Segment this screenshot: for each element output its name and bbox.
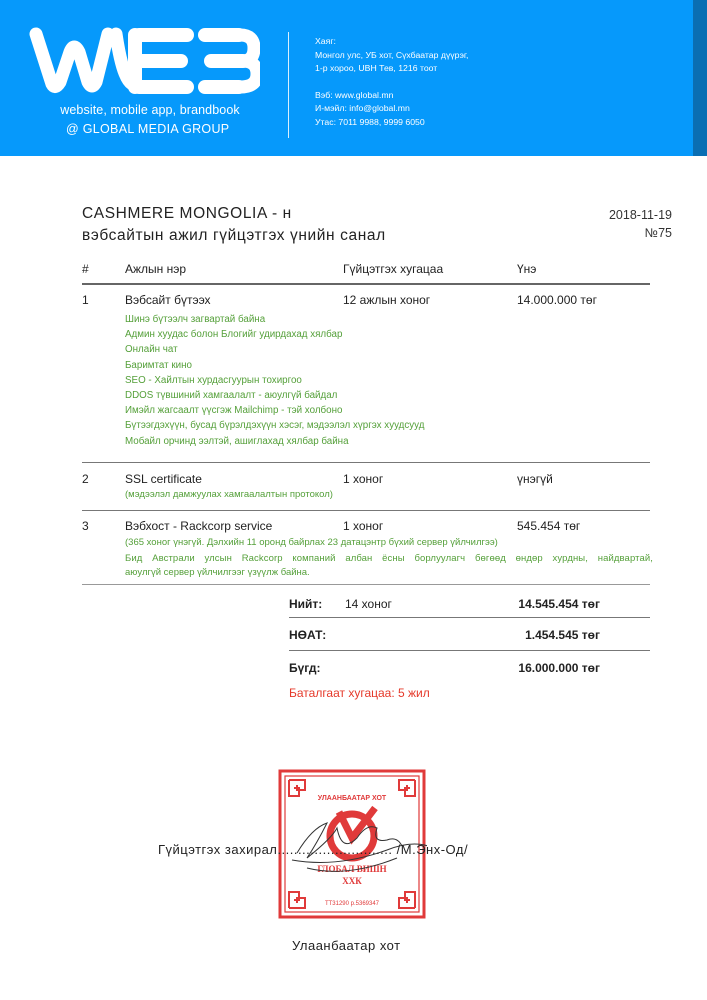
total-value: 16.000.000 төг: [460, 661, 600, 675]
detail-item: Баримтат кино: [125, 358, 424, 373]
totals-divider: [289, 617, 650, 618]
svg-text:ТТ31290 р.5369347: ТТ31290 р.5369347: [325, 901, 380, 907]
subtotal-value: 14.545.454 төг: [460, 597, 600, 611]
header-rule: [82, 283, 650, 285]
website-link[interactable]: Вэб: www.global.mn: [315, 89, 468, 103]
detail-item: DDOS түвшиний хамгаалалт - аюулгүй байда…: [125, 388, 424, 403]
header-stripe: [693, 0, 707, 156]
row-details: аюулгүй сервер үйлчилгээг үзүүлж байна.: [125, 566, 310, 580]
detail-item: SEO - Хайлтын хурдасгуурын тохиргоо: [125, 373, 424, 388]
warranty-note: Баталгаат хугацаа: 5 жил: [289, 686, 430, 700]
svg-text:ХХК: ХХК: [342, 876, 362, 886]
signature-line: Гүйцэтгэх захирал.......................…: [158, 842, 468, 857]
subtotal-duration: 14 хоног: [345, 597, 392, 611]
vat-label: НӨАТ:: [289, 628, 326, 642]
detail-item: Онлайн чат: [125, 342, 424, 357]
row-price: 545.454 төг: [517, 519, 580, 533]
signature-dots: ............................: [277, 842, 392, 857]
row-details: (мэдээлэл дамжуулах хамгаалалтын протоко…: [125, 487, 333, 502]
brand-name: @ GLOBAL MEDIA GROUP: [66, 122, 246, 136]
vat-value: 1.454.545 төг: [460, 628, 600, 642]
signer-name: /М.Энх-Од/: [397, 842, 468, 857]
email-link[interactable]: И-мэйл: info@global.mn: [315, 102, 468, 116]
city-footer: Улаанбаатар хот: [292, 938, 401, 953]
title-line-2: вэбсайтын ажил гүйцэтгэх үнийн санал: [82, 225, 386, 247]
totals-divider: [289, 650, 650, 651]
header-banner: website, mobile app, brandbook @ GLOBAL …: [0, 0, 707, 156]
address-line-2: 1-р хороо, UBH Тев, 1216 тоот: [315, 62, 468, 76]
detail-item: Мобайл орчинд ээлтэй, ашиглахад хялбар б…: [125, 434, 424, 449]
row-work-name: Вэбхост - Rackcorp service: [125, 519, 272, 533]
column-header-duration: Гүйцэтгэх хугацаа: [343, 262, 443, 276]
row-details: Бид Австрали улсын Rackcorp компаний алб…: [125, 552, 653, 566]
row-price: үнэгүй: [517, 472, 553, 486]
row-number: 3: [82, 519, 89, 533]
row-price: 14.000.000 төг: [517, 293, 597, 307]
detail-item: Имэйл жагсаалт үүсгэж Mailchimp - тэй хо…: [125, 403, 424, 418]
subtotal-label: Нийт:: [289, 597, 322, 611]
detail-item: Бүтээгдэхүүн, бусад бүрэлдэхүүн хэсэг, м…: [125, 418, 424, 433]
title-line-1: CASHMERE MONGOLIA - н: [82, 203, 386, 225]
document-date: 2018-11-19: [609, 206, 672, 224]
header-divider: [288, 32, 289, 138]
row-divider: [82, 584, 650, 585]
column-header-number: #: [82, 262, 89, 276]
svg-text:УЛААНБААТАР ХОТ: УЛААНБААТАР ХОТ: [318, 795, 387, 802]
row-work-name: SSL certificate: [125, 472, 202, 486]
row-duration: 1 хоног: [343, 472, 383, 486]
column-header-work: Ажлын нэр: [125, 262, 186, 276]
row-number: 2: [82, 472, 89, 486]
address-label: Хаяг:: [315, 35, 468, 49]
document-meta: 2018-11-19 №75: [609, 206, 672, 242]
phone-number: Утас: 7011 9988, 9999 6050: [315, 116, 468, 130]
detail-item: Админ хуудас болон Блогийг удирдахад хял…: [125, 327, 424, 342]
document-title: CASHMERE MONGOLIA - н вэбсайтын ажил гүй…: [82, 203, 386, 247]
column-header-price: Үнэ: [517, 262, 536, 276]
contact-info: Хаяг: Монгол улс, УБ хот, Сүхбаатар дүүр…: [315, 35, 468, 130]
row-duration: 1 хоног: [343, 519, 383, 533]
row-work-name: Вэбсайт бүтээх: [125, 293, 211, 307]
address-line-1: Монгол улс, УБ хот, Сүхбаатар дүүрэг,: [315, 49, 468, 63]
logo-tagline: website, mobile app, brandbook: [40, 103, 260, 117]
row-details: (365 хоног үнэгүй. Дэлхийн 11 оронд байр…: [125, 535, 498, 550]
row-duration: 12 ажлын хоног: [343, 293, 430, 307]
row-divider: [82, 510, 650, 511]
web-logo-icon: [28, 26, 260, 96]
detail-item: Шинэ бүтээлч загвартай байна: [125, 312, 424, 327]
row-divider: [82, 462, 650, 463]
row-details: Шинэ бүтээлч загвартай байна Админ хууда…: [125, 312, 424, 449]
row-number: 1: [82, 293, 89, 307]
total-label: Бүгд:: [289, 661, 320, 675]
document-number: №75: [609, 224, 672, 242]
signer-role: Гүйцэтгэх захирал: [158, 842, 277, 857]
